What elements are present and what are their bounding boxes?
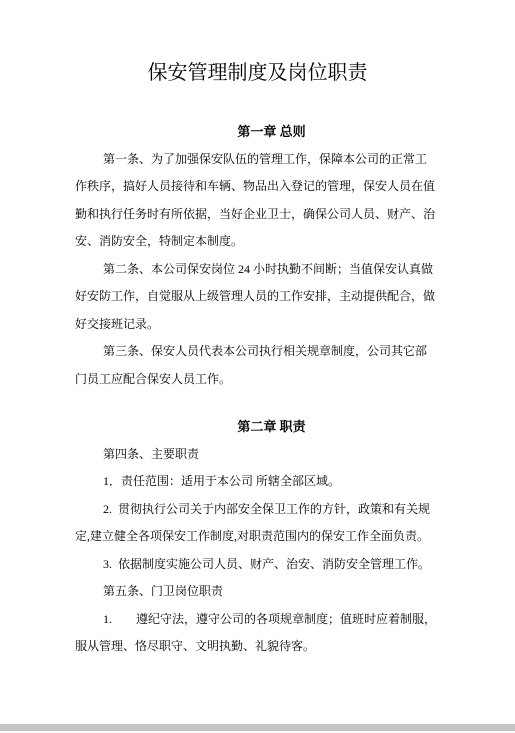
paragraph-article-1: 第一条、为了加强保安队伍的管理工作，保障本公司的正常工 作秩序，搞好人员接待和车…: [75, 146, 440, 256]
paragraph-article-3: 第三条、保安人员代表本公司执行相关规章制度，公司其它部 门员工应配合保安人员工作…: [75, 338, 440, 393]
paragraph-article-4: 第四条、主要职责: [75, 441, 440, 469]
document-title: 保安管理制度及岗位职责: [75, 59, 440, 87]
document-page: 保安管理制度及岗位职责 第一章 总则 第一条、为了加强保安队伍的管理工作，保障本…: [0, 0, 515, 733]
document-body: 保安管理制度及岗位职责 第一章 总则 第一条、为了加强保安队伍的管理工作，保障本…: [0, 0, 515, 661]
paragraph-article-5-item-1: 1. 遵纪守法，遵守公司的各项规章制度；值班时应着制服， 服从管理、恪尽职守、文…: [75, 606, 440, 661]
paragraph-article-2: 第二条、本公司保安岗位 24 小时执勤不间断；当值保安认真做 好安防工作，自觉服…: [75, 256, 440, 339]
paragraph-item-2: 2. 贯彻执行公司关于内部安全保卫工作的方针，政策和有关规 定,建立健全各项保安…: [75, 496, 440, 551]
chapter-heading-2: 第二章 职责: [75, 413, 440, 441]
paragraph-item-1: 1．责任范围：适用于本公司 所辖全部区域。: [75, 468, 440, 496]
chapter-heading-1: 第一章 总则: [75, 118, 440, 146]
paragraph-article-5: 第五条、门卫岗位职责: [75, 578, 440, 606]
paragraph-item-3: 3. 依据制度实施公司人员、财产、治安、消防安全管理工作。: [75, 551, 440, 579]
horizontal-scrollbar[interactable]: [0, 724, 515, 731]
